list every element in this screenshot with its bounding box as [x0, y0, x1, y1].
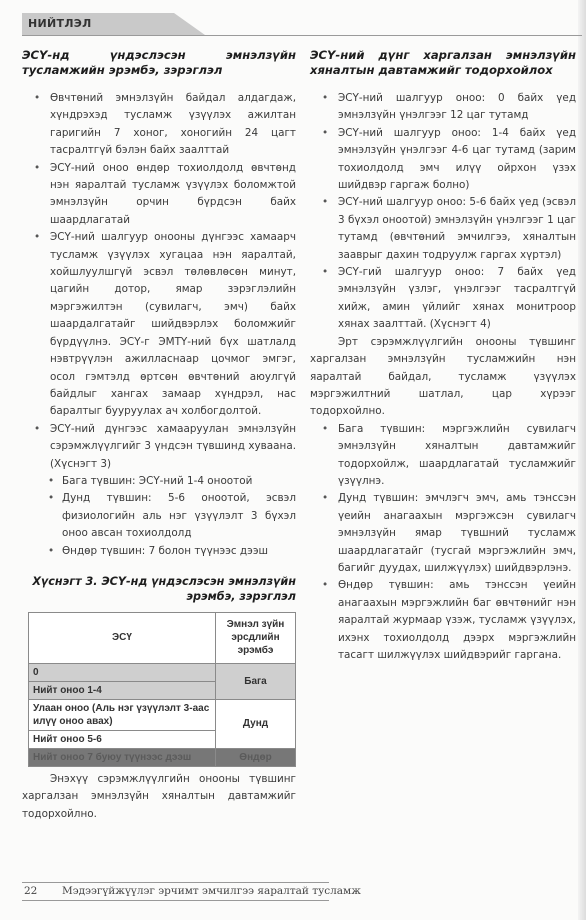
- table-cell-esu: Нийт оноо 5-6: [29, 730, 216, 748]
- table-header-esu: ЭСҮ: [29, 612, 216, 663]
- list-item: Бага түвшин: мэргэжлийн сувилагч эмнэлзү…: [310, 421, 576, 491]
- list-item: Дунд түвшин: эмчлэгч эмч, амь тэнссэн үе…: [310, 490, 576, 577]
- table-cell-esu: Улаан оноо (Аль нэг үзүүлэлт 3-аас илүү …: [29, 699, 216, 730]
- list-item: ЭСҮ-гий шалгуур оноо: 7 байх үед эмнэлзү…: [310, 264, 576, 334]
- table-cell-level: Өндөр: [216, 748, 296, 766]
- right-heading: ЭСҮ-ний дүнг харгалзан эмнэлзүйн хяналты…: [310, 48, 576, 78]
- list-item: Дунд түвшин: 5-6 оноотой, эсвэл физиолог…: [40, 490, 296, 542]
- table-cell-esu: Нийт оноо 7 буюу түүнээс дээш: [29, 748, 216, 766]
- page-edge: [578, 0, 586, 920]
- list-item: Бага түвшин: ЭСҮ-ний 1-4 оноотой: [40, 473, 296, 490]
- table-caption: Хүснэгт 3. ЭСҮ-нд үндэслэсэн эмнэлзүйн э…: [22, 574, 296, 604]
- journal-title: Мэдээгүйжүүлэг эрчимт эмчилгээ яаралтай …: [62, 883, 361, 900]
- list-item: ЭСҮ-ний оноо өндөр тохиолдолд өвчтөнд нэ…: [22, 160, 296, 230]
- table-row: Нийт оноо 7 буюу түүнээс дээш Өндөр: [29, 748, 296, 766]
- section-title: НИЙТЛЭЛ: [28, 17, 92, 30]
- table-cell-level: Бага: [216, 663, 296, 699]
- table-cell-esu: 0: [29, 663, 216, 681]
- table-cell-level: Дунд: [216, 699, 296, 748]
- right-column: ЭСҮ-ний дүнг харгалзан эмнэлзүйн хяналты…: [310, 48, 576, 664]
- list-item: ЭСҮ-ний шалгуур оноо: 1-4 байх үед эмнэл…: [310, 125, 576, 195]
- list-item: ЭСҮ-ний шалгуур онооны дүнгээс хамаарч т…: [22, 229, 296, 420]
- list-item: Өндөр түвшин: 7 болон түүнээс дээш: [40, 543, 296, 560]
- table-header-row: ЭСҮ Эмнэл зүйн эрсдлийн эрэмбэ: [29, 612, 296, 663]
- list-item: Өндөр түвшин: амь тэнссэн үеийн анагаахы…: [310, 577, 576, 664]
- page-footer: 22 Мэдээгүйжүүлэг эрчимт эмчилгээ яаралт…: [22, 882, 329, 901]
- monitoring-frequency-list: ЭСҮ-ний шалгуур оноо: 0 байх үед эмнэлзү…: [310, 90, 576, 334]
- table-row: Улаан оноо (Аль нэг үзүүлэлт 3-аас илүү …: [29, 699, 296, 730]
- right-paragraph: Эрт сэрэмжлүүлгийн онооны түвшинг харгал…: [310, 334, 576, 421]
- closing-paragraph: Энэхүү сэрэмжлүүлгийн онооны түвшинг хар…: [22, 771, 296, 823]
- alert-level-sublist: Бага түвшин: ЭСҮ-ний 1-4 оноотой Дунд тү…: [22, 473, 296, 560]
- care-level-list: Бага түвшин: мэргэжлийн сувилагч эмнэлзү…: [310, 421, 576, 665]
- left-bullet-list: Өвчтөний эмнэлзүйн байдал алдагдаж, хүнд…: [22, 90, 296, 473]
- esu-priority-table: ЭСҮ Эмнэл зүйн эрсдлийн эрэмбэ 0 Бага Ни…: [28, 612, 296, 767]
- list-item: ЭСҮ-ний шалгуур оноо: 5-6 байх үед (эсвэ…: [310, 194, 576, 264]
- table-header-risk-level: Эмнэл зүйн эрсдлийн эрэмбэ: [216, 612, 296, 663]
- left-heading: ЭСҮ-нд үндэслэсэн эмнэлзүйн тусламжийн э…: [22, 48, 296, 78]
- page-number: 22: [24, 883, 37, 900]
- list-item: ЭСҮ-ний шалгуур оноо: 0 байх үед эмнэлзү…: [310, 90, 576, 125]
- table-row: 0 Бага: [29, 663, 296, 681]
- table-cell-esu: Нийт оноо 1-4: [29, 681, 216, 699]
- list-item: Өвчтөний эмнэлзүйн байдал алдагдаж, хүнд…: [22, 90, 296, 160]
- left-column: ЭСҮ-нд үндэслэсэн эмнэлзүйн тусламжийн э…: [22, 48, 296, 823]
- list-item: ЭСҮ-ний дүнгээс хамааруулан эмнэлзүйн сэ…: [22, 421, 296, 473]
- section-header: НИЙТЛЭЛ: [22, 13, 582, 36]
